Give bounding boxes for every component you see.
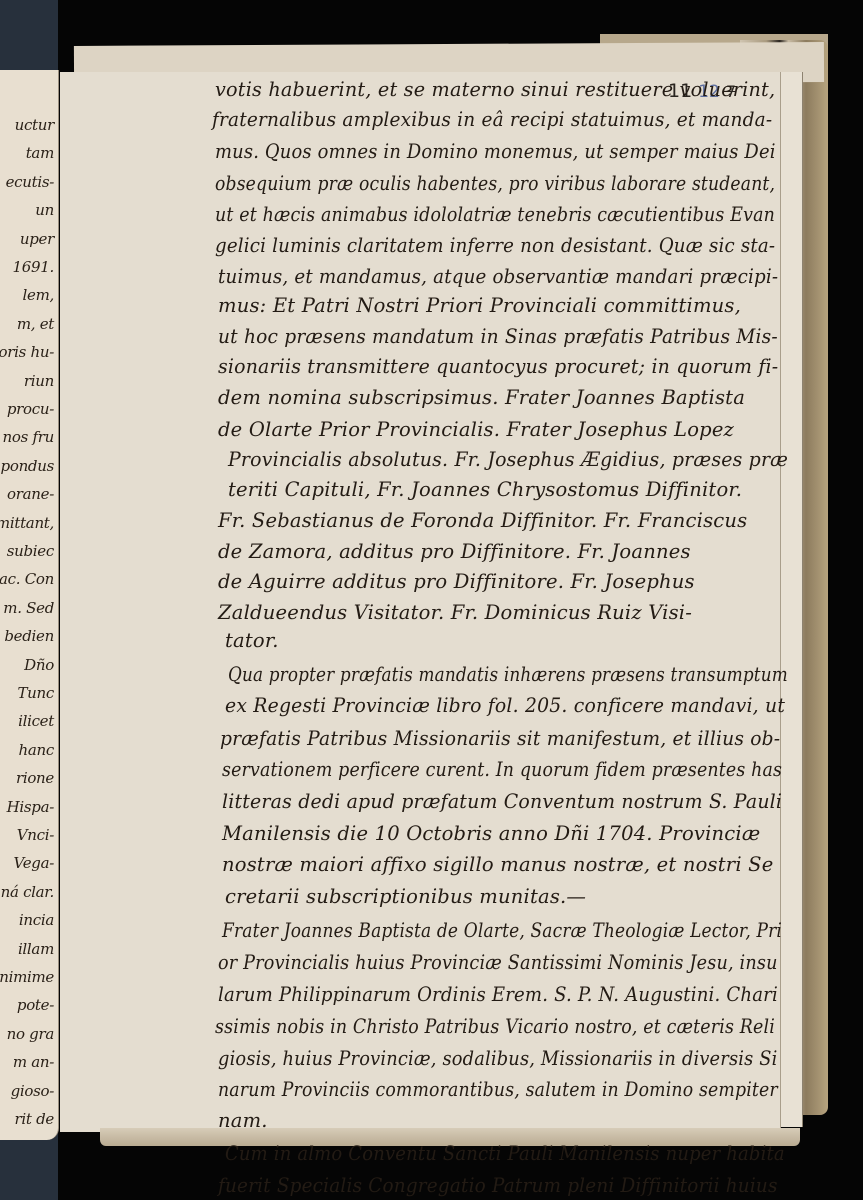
left-page-line: procu- [7, 400, 54, 418]
left-page-line: gioso- [11, 1082, 54, 1100]
left-page-line: tam [26, 144, 54, 162]
manuscript-line: ssimis nobis in Christo Patribus Vicario… [215, 1015, 775, 1038]
manuscript-line: tuimus, et mandamus, atque observantiæ m… [218, 265, 778, 288]
left-page-line: nimime [0, 968, 54, 986]
left-page-line: nos fru [3, 428, 54, 446]
left-page-line: riun [24, 372, 54, 390]
left-page-line: hanc [19, 741, 54, 759]
left-page-line: m, et [17, 315, 54, 333]
manuscript-line: nam. [218, 1109, 268, 1132]
manuscript-line: Frater Joannes Baptista de Olarte, Sacræ… [222, 919, 782, 942]
manuscript-line: narum Provinciis commorantibus, salutem … [218, 1078, 778, 1101]
manuscript-line: Provincialis absolutus. Fr. Josephus Ægi… [228, 448, 788, 471]
left-page-line: rit de [15, 1110, 54, 1128]
left-page-line: orane- [7, 485, 54, 503]
manuscript-line: præfatis Patribus Missionariis sit manif… [220, 727, 780, 750]
left-page-line: 1691. [13, 258, 54, 276]
left-page-line: rione [16, 769, 54, 787]
left-page-line: iam in- [4, 1138, 54, 1140]
left-page-line: illam [18, 940, 54, 958]
left-page-line: mittant, [0, 514, 54, 532]
manuscript-line: larum Philippinarum Ordinis Erem. S. P. … [218, 983, 778, 1006]
left-page-line: m an- [13, 1053, 54, 1071]
manuscript-line: Manilensis die 10 Octobris anno Dñi 1704… [222, 822, 760, 845]
left-page-line: Vnci- [17, 826, 54, 844]
left-page-line: ná clar. [1, 883, 54, 901]
manuscript-line: fuerit Specialis Congregatio Patrum plen… [218, 1174, 778, 1197]
manuscript-line: or Provincialis huius Provinciæ Santissi… [218, 951, 778, 974]
manuscript-line: de Olarte Prior Provincialis. Frater Jos… [218, 418, 734, 441]
left-page-line: Dño [24, 656, 54, 674]
left-page-line: pondus [1, 457, 54, 475]
manuscript-line: litteras dedi apud præfatum Conventum no… [222, 790, 782, 813]
left-page-line: uper [20, 230, 54, 248]
left-page-line: Vega- [14, 854, 54, 872]
left-page-fragment: ucturtamecutis-unuper1691.lem,m, etoris … [0, 70, 59, 1140]
manuscript-line: teriti Capituli, Fr. Joannes Chrysostomu… [228, 478, 742, 501]
manuscript-line: dem nomina subscripsimus. Frater Joannes… [218, 386, 745, 409]
left-page-line: ecutis- [6, 173, 54, 191]
manuscript-line: tator. [225, 629, 279, 652]
left-page-line: Hispa- [7, 798, 54, 816]
manuscript-line: de Zamora, additus pro Diffinitore. Fr. … [218, 540, 691, 563]
manuscript-line: ex Regesti Provinciæ libro fol. 205. con… [225, 694, 785, 717]
left-page-line: subiec [7, 542, 54, 560]
left-page-line: uctur [15, 116, 54, 134]
left-page-line: Tunc [17, 684, 54, 702]
manuscript-line: giosis, huius Provinciæ, sodalibus, Miss… [218, 1047, 778, 1070]
left-page-line: ilicet [18, 712, 54, 730]
manuscript-line: nostræ maiori affixo sigillo manus nostr… [222, 853, 773, 876]
manuscript-line: sionariis transmittere quantocyus procur… [218, 355, 778, 378]
left-page-line: no gra [7, 1025, 54, 1043]
left-page-line: lem, [23, 286, 54, 304]
manuscript-line: Qua propter præfatis mandatis inhærens p… [228, 663, 788, 686]
left-page-line: un [35, 201, 54, 219]
left-page-line: oris hu- [0, 343, 54, 361]
left-page-line: pote- [17, 996, 54, 1014]
manuscript-line: mus. Quos omnes in Domino monemus, ut se… [215, 140, 776, 163]
manuscript-line: fraternalibus amplexibus in eâ recipi st… [212, 108, 772, 131]
manuscript-line: cretarii subscriptionibus munitas.— [225, 885, 586, 908]
manuscript-line: Cum in almo Conventu Sancti Pauli Manile… [225, 1142, 785, 1165]
left-page-line: bedien [4, 627, 54, 645]
manuscript-line: Zaldueendus Visitator. Fr. Dominicus Rui… [218, 601, 692, 624]
left-page-line: m. Sed [3, 599, 54, 617]
manuscript-line: de Aguirre additus pro Diffinitore. Fr. … [218, 570, 695, 593]
left-page-line: Sac. Con [0, 570, 54, 588]
manuscript-line: obsequium præ oculis habentes, pro virib… [215, 172, 775, 195]
manuscript-line: Fr. Sebastianus de Foronda Diffinitor. F… [218, 509, 747, 532]
manuscript-line: ut et hæcis animabus idololatriæ tenebri… [215, 203, 775, 226]
manuscript-line: ut hoc præsens mandatum in Sinas præfati… [218, 325, 778, 348]
manuscript-line: mus: Et Patri Nostri Priori Provinciali … [218, 294, 741, 317]
left-page-line: incia [19, 911, 54, 929]
manuscript-line: gelici luminis claritatem inferre non de… [215, 234, 775, 257]
manuscript-line: votis habuerint, et se materno sinui res… [215, 78, 775, 101]
manuscript-line: servationem perficere curent. In quorum … [222, 758, 782, 781]
